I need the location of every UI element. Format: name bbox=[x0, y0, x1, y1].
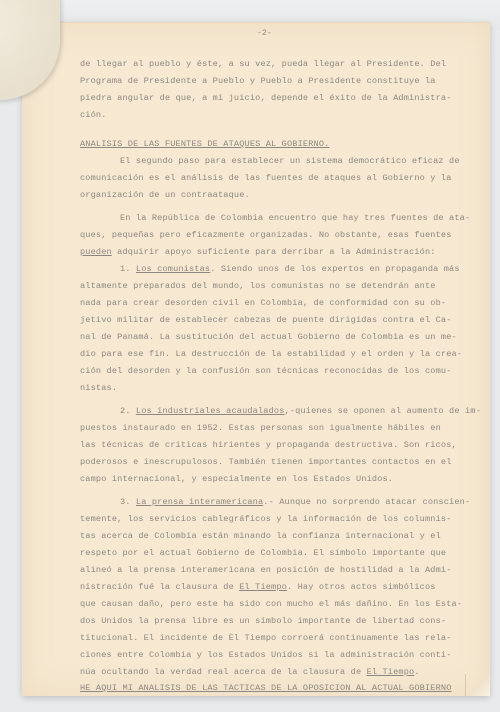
page-text: -2- de llegar al pueblo y éste, a su vez… bbox=[22, 23, 490, 696]
text-line: las técnicas de críticas hirientes y pro… bbox=[80, 440, 457, 450]
section-heading: ANALISIS DE LAS FUENTES DE ATAQUES AL GO… bbox=[80, 139, 329, 149]
text-line: campo internacional, y especialmente en … bbox=[80, 474, 393, 484]
text-line: tas acerca de Colombia están minando la … bbox=[80, 531, 441, 541]
newspaper-name: El Tiempo bbox=[239, 582, 287, 592]
page-number: -2- bbox=[257, 29, 272, 38]
text-line: dio para ese fin. La destrucción de la e… bbox=[80, 349, 462, 359]
closing-heading: HE AQUI MI ANALISIS DE LAS TACTICAS DE L… bbox=[80, 683, 452, 693]
text-line: nistas. bbox=[80, 383, 117, 393]
list-item-2: 2. Los industriales acaudalados,-quienes… bbox=[120, 406, 481, 416]
text-line: ques, pequeñas pero eficazmente organiza… bbox=[80, 230, 452, 240]
text-line: El segundo paso para establecer un siste… bbox=[120, 156, 460, 166]
text-line: dos Unidos la prensa libre es un símbolo… bbox=[80, 616, 446, 626]
text-line: pueden adquirir apoyo suficiente para de… bbox=[80, 247, 436, 257]
text-line: respeto por el actual Gobierno de Colomb… bbox=[80, 548, 446, 558]
list-item-title: La prensa interamericana bbox=[136, 497, 263, 507]
text-line: nistración fué la clausura de El Tiempo.… bbox=[80, 582, 436, 592]
text-line: En la República de Colombia encuentro qu… bbox=[120, 213, 470, 223]
newspaper-name: El Tiempo bbox=[367, 667, 415, 677]
text-line: que causan daño, pero este ha sido con m… bbox=[80, 599, 462, 609]
text-line: altamente preparados del mundo, los comu… bbox=[80, 281, 436, 291]
text-line: ción del desorden y la confusión son téc… bbox=[80, 366, 452, 376]
text-line: organización de un contraataque. bbox=[80, 190, 250, 200]
list-item-title: Los comunistas bbox=[136, 264, 210, 274]
text-line: jetivo militar de establecer cabezas de … bbox=[80, 315, 452, 325]
list-item-title: Los industriales acaudalados bbox=[136, 406, 285, 416]
text-line: alineó a la prensa interamericana en pos… bbox=[80, 565, 452, 575]
text-line: titucional. El incidente de El Tiempo co… bbox=[80, 633, 452, 643]
text-line: de llegar al pueblo y éste, a su vez, pu… bbox=[80, 59, 446, 69]
text-line: poderosos e inescrupulosos. También tien… bbox=[80, 457, 452, 467]
list-item-3: 3. La prensa interamericana.- Aunque no … bbox=[120, 497, 470, 507]
text-line: nal de Panamá. La sustitución del actual… bbox=[80, 332, 457, 342]
text-line: ciones entre Colombia y los Estados Unid… bbox=[80, 650, 452, 660]
text-line: Programa de Presidente a Pueblo y Pueblo… bbox=[80, 76, 436, 86]
list-item-1: 1. Los comunistas. Siendo unos de los ex… bbox=[120, 264, 460, 274]
text-line: piedra angular de que, a mi juicio, depe… bbox=[80, 93, 452, 103]
text-line: núa ocultando la verdad real acerca de l… bbox=[80, 667, 420, 677]
text-line: nada para crear desorden civil en Colomb… bbox=[80, 298, 446, 308]
text-line: comunicación es el análisis de las fuent… bbox=[80, 173, 452, 183]
underlined-word: pueden bbox=[80, 247, 112, 257]
typewritten-page: -2- de llegar al pueblo y éste, a su vez… bbox=[22, 22, 490, 696]
text-line: temente, los servicios cablegráficos y l… bbox=[80, 514, 452, 524]
text-line: puestos instaurado en 1952. Estas person… bbox=[80, 423, 441, 433]
text-line: ción. bbox=[80, 110, 107, 120]
